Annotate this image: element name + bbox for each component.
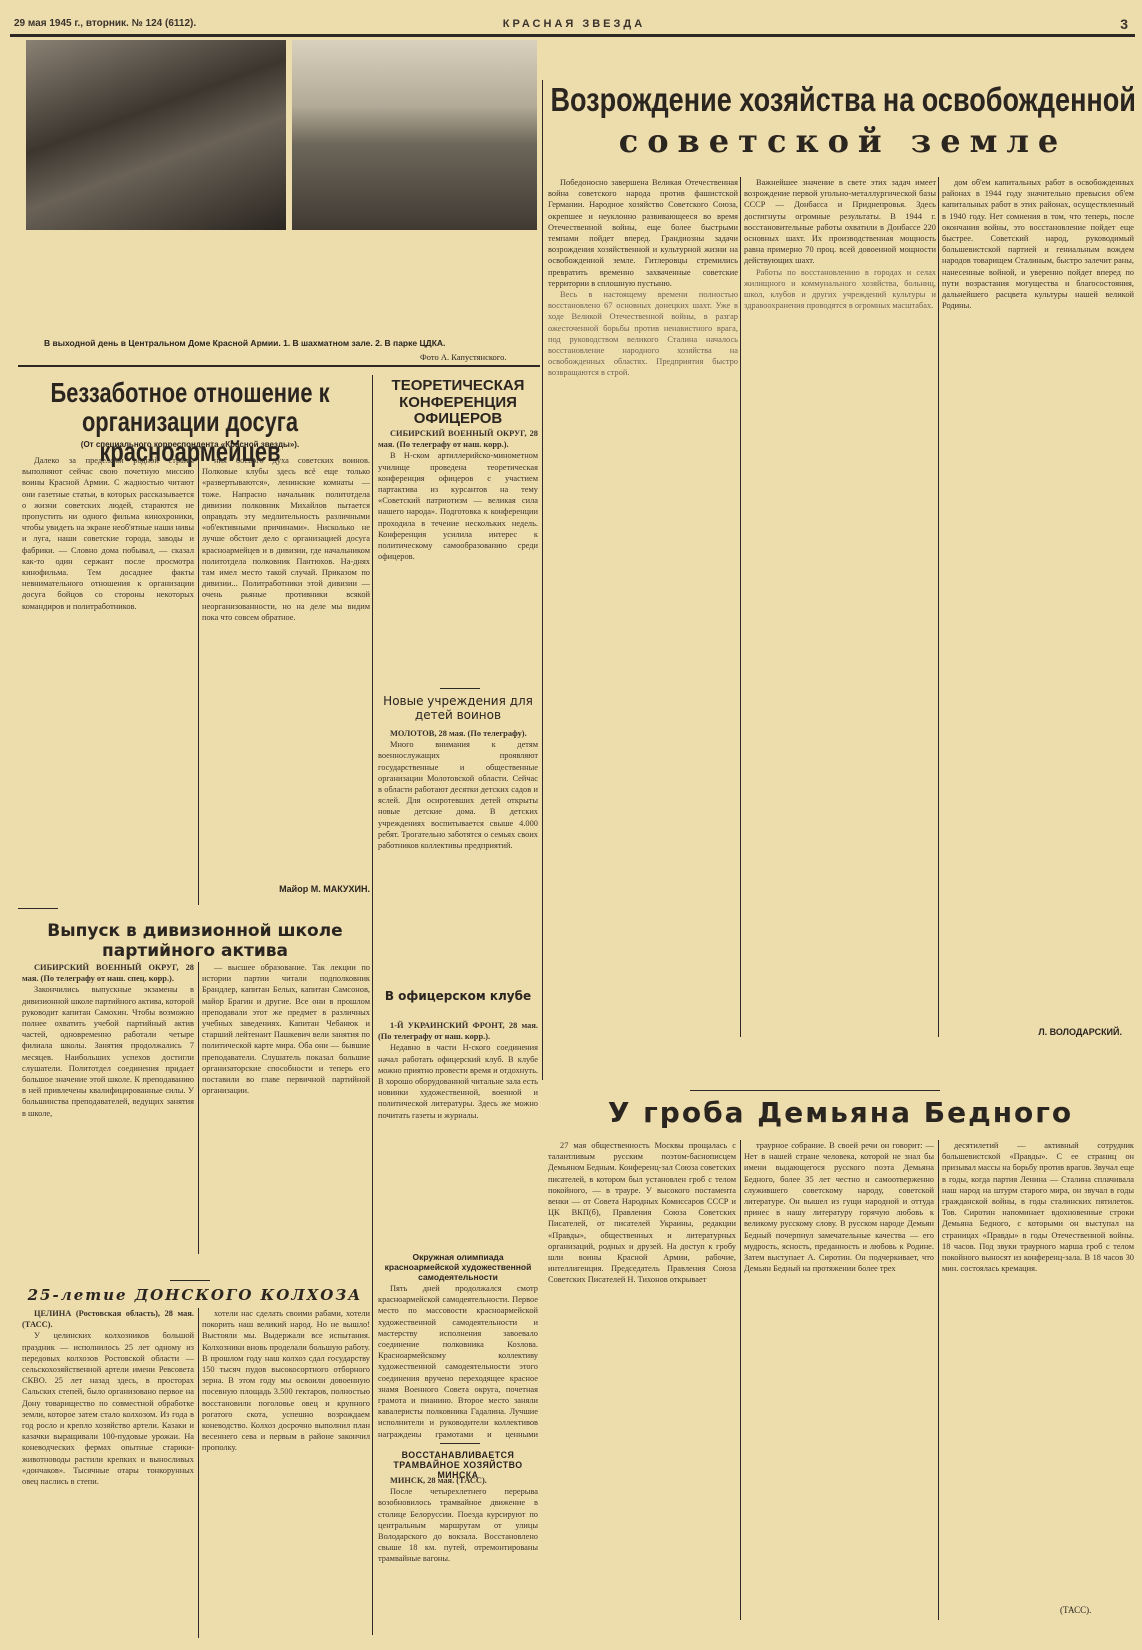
masthead-rule <box>10 34 1135 37</box>
tram-body: МИНСК, 28 мая. (ТАСС).После четырехлетне… <box>378 1475 538 1635</box>
bedny-col-1: 27 мая общественность Москвы прощалась с… <box>548 1140 736 1640</box>
economy-col-1: Победоносно завершена Великая Отечествен… <box>548 177 738 1042</box>
column-divider <box>542 80 543 1080</box>
separator <box>440 1443 480 1444</box>
column-divider <box>198 1308 199 1638</box>
column-divider <box>740 1140 741 1620</box>
children-headline: Новые учреждения для детей воинов <box>378 695 538 723</box>
olympiad-body: Пять дней продолжался смотр красноармейс… <box>378 1283 538 1443</box>
leisure-col-2: ния боевого духа советских воинов. Полко… <box>202 455 370 875</box>
conference-headline: ТЕОРЕТИЧЕСКАЯ КОНФЕРЕНЦИЯ ОФИЦЕРОВ <box>378 378 538 428</box>
olympiad-headline: Окружная олимпиада красноармейской худож… <box>378 1252 538 1282</box>
kolkhoz-headline: 25-летие ДОНСКОГО КОЛХОЗА <box>20 1286 370 1304</box>
leisure-headline: Беззаботное отношение к организации досу… <box>18 378 361 466</box>
children-body: МОЛОТОВ, 28 мая. (По телеграфу).Много вн… <box>378 728 538 998</box>
column-divider <box>938 177 939 1037</box>
chess-hall-photo <box>26 40 286 230</box>
club-headline: В офицерском клубе <box>378 990 538 1004</box>
column-divider <box>938 1140 939 1620</box>
page-number: 3 <box>1120 16 1128 32</box>
economy-headline-line2: советской земле <box>548 124 1138 159</box>
bedny-col-3: десятилетий — активный сотрудник большев… <box>942 1140 1134 1602</box>
bedny-signature: (ТАСС). <box>1060 1605 1091 1615</box>
bedny-headline: У гроба Демьяна Бедного <box>548 1097 1133 1129</box>
column-divider <box>198 455 199 905</box>
economy-col-2: Важнейшее значение в свете этих задач им… <box>744 177 936 1042</box>
conference-body: СИБИРСКИЙ ВОЕННЫЙ ОКРУГ, 28 мая. (По тел… <box>378 428 538 658</box>
school-col-1: СИБИРСКИЙ ВОЕННЫЙ ОКРУГ, 28 мая. (По тел… <box>22 962 194 1252</box>
economy-signature: Л. ВОЛОДАРСКИЙ. <box>942 1027 1122 1037</box>
school-headline: Выпуск в дивизионной школе партийного ак… <box>20 922 370 961</box>
separator <box>440 688 480 689</box>
kolkhoz-col-2: хотели нас сделать своими рабами, хотели… <box>202 1308 370 1638</box>
masthead: 29 мая 1945 г., вторник. № 124 (6112). К… <box>14 18 1134 32</box>
newspaper-title: КРАСНАЯ ЗВЕЗДА <box>14 18 1134 30</box>
leisure-col-1: Далеко за пределами родной страны выполн… <box>22 455 194 875</box>
park-rowing-photo <box>292 40 537 230</box>
leisure-signature: Майор М. МАКУХИН. <box>200 884 370 894</box>
economy-headline-line1: Возрождение хозяйства на освобожденной <box>548 82 1138 118</box>
column-divider <box>372 375 373 1635</box>
school-col-2: — высшее образование. Так лекции по исто… <box>202 962 370 1254</box>
separator <box>690 1090 940 1091</box>
kolkhoz-col-1: ЦЕЛИНА (Ростовская область), 28 мая. (ТА… <box>22 1308 194 1638</box>
separator <box>170 1280 210 1281</box>
section-rule <box>18 365 540 367</box>
leisure-subhead: (От специального корреспондента «Красной… <box>20 440 360 449</box>
economy-col-3: дом об'ем капитальных работ в освобожден… <box>942 177 1134 1022</box>
photo-caption: В выходной день в Центральном Доме Красн… <box>44 338 524 348</box>
club-body: 1-Й УКРАИНСКИЙ ФРОНТ, 28 мая. (По телегр… <box>378 1020 538 1250</box>
separator <box>18 908 58 909</box>
column-divider <box>740 177 741 1037</box>
column-divider <box>198 962 199 1254</box>
photo-credit: Фото А. Капустянского. <box>420 352 540 362</box>
bedny-col-2: траурное собрание. В своей речи он говор… <box>744 1140 934 1640</box>
